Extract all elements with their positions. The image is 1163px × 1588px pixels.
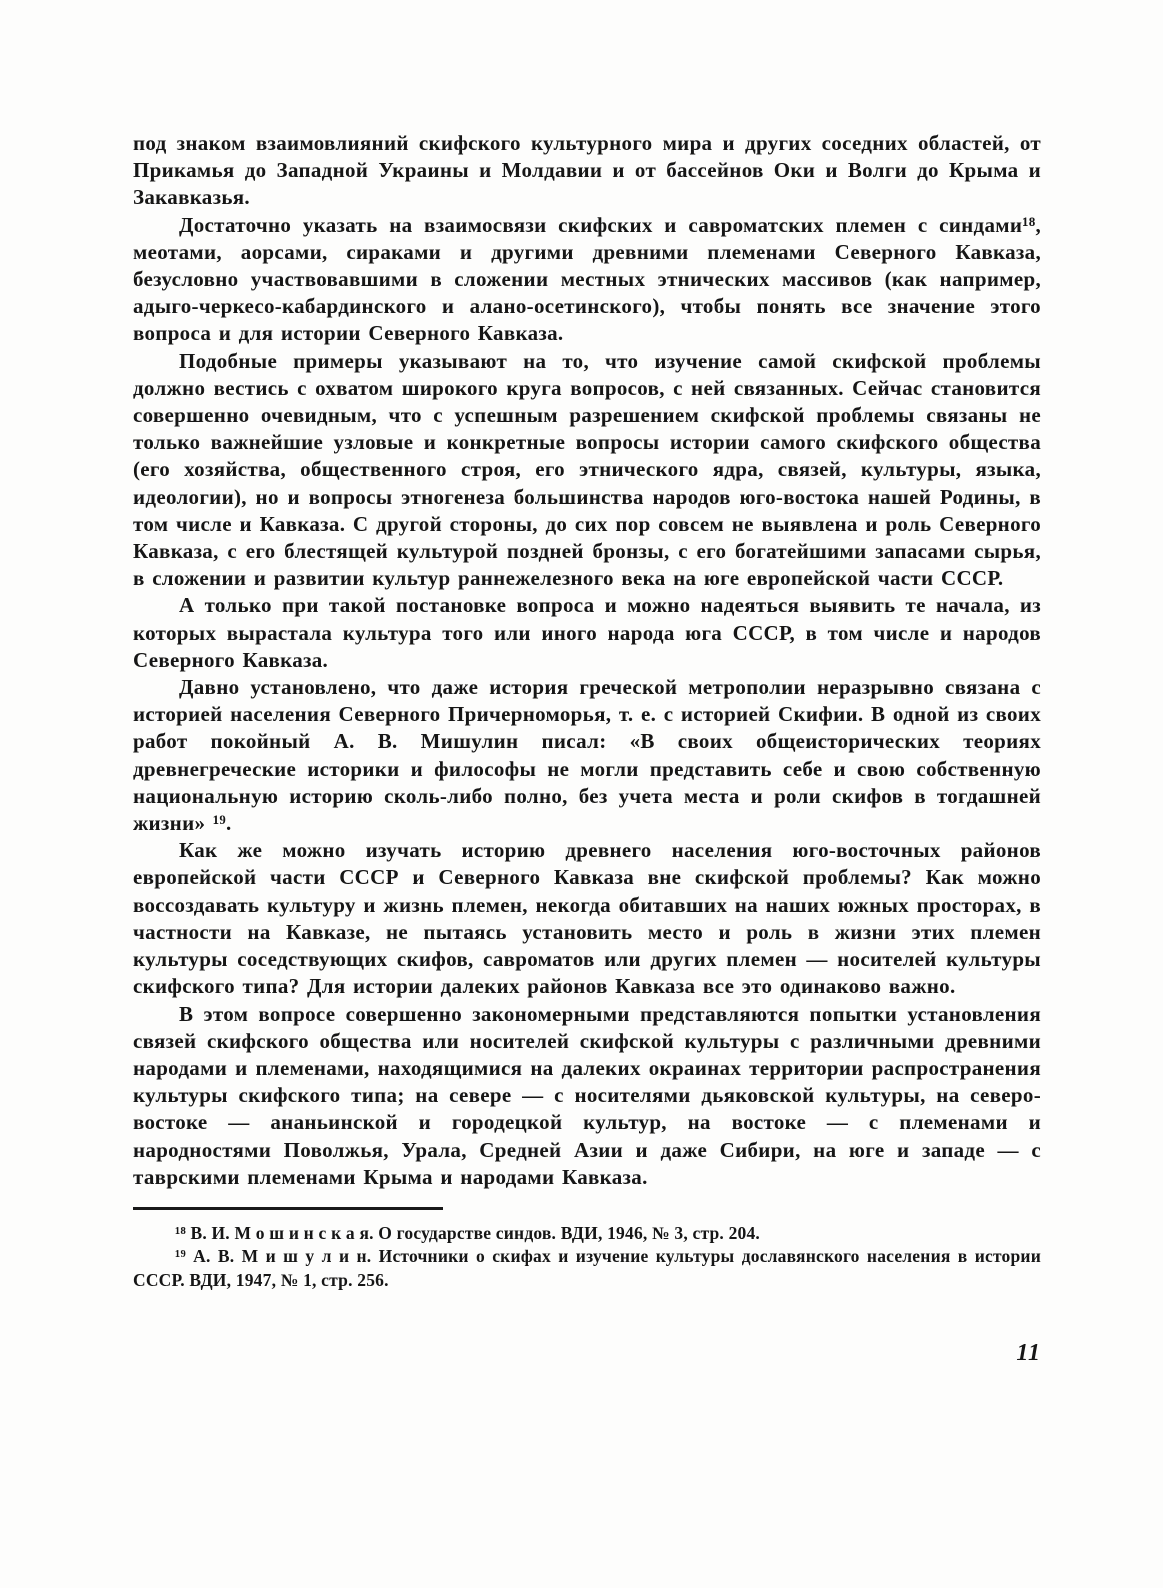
body-paragraph: Подобные примеры указывают на то, что из… xyxy=(133,348,1041,593)
body-paragraph: А только при такой постановке вопроса и … xyxy=(133,592,1041,674)
body-paragraph: Как же можно изучать историю древнего на… xyxy=(133,837,1041,1000)
body-text: под знаком взаимовлияний скифского культ… xyxy=(133,130,1041,1191)
body-paragraph: В этом вопросе совершенно закономерными … xyxy=(133,1001,1041,1191)
page-number: 11 xyxy=(1016,1340,1041,1367)
body-paragraph: под знаком взаимовлияний скифского культ… xyxy=(133,130,1041,212)
body-paragraph: Достаточно указать на взаимосвязи скифск… xyxy=(133,212,1041,348)
text-block: под знаком взаимовлияний скифского культ… xyxy=(133,130,1041,1292)
footnote-divider xyxy=(133,1207,443,1210)
scanned-book-page: под знаком взаимовлияний скифского культ… xyxy=(0,0,1163,1588)
footnote-block: ¹⁸ В. И. М о ш и н с к а я. О государств… xyxy=(133,1207,1041,1293)
body-paragraph: Давно установлено, что даже история греч… xyxy=(133,674,1041,837)
footnote: ¹⁸ В. И. М о ш и н с к а я. О государств… xyxy=(133,1222,1041,1246)
footnote: ¹⁹ А. В. М и ш у л и н. Источники о скиф… xyxy=(133,1245,1041,1292)
